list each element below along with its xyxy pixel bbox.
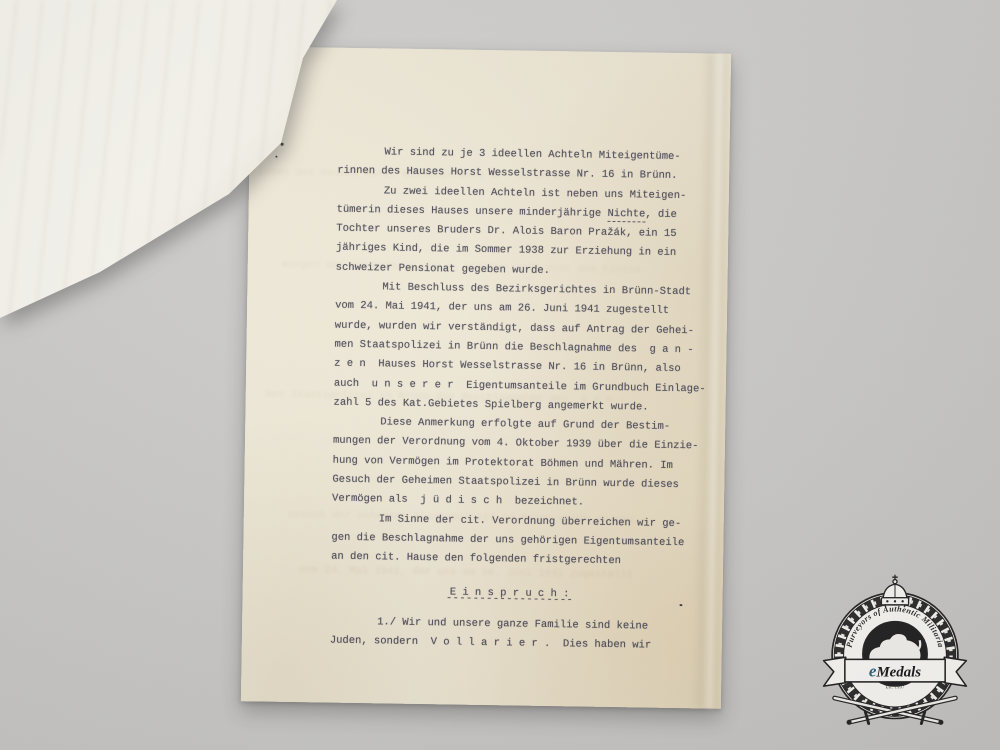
folded-sheet-showthrough <box>0 0 360 335</box>
photograph-of-document: rinnen des Hauses Horst Wesselstrasse Nr… <box>0 0 1000 750</box>
brand-banner: eMedals <box>824 657 967 686</box>
folded-back-sheet <box>0 0 360 335</box>
emedals-watermark-logo: Purveyors of Authentic Militaria <box>810 572 980 734</box>
established-text: Est. 1997 <box>886 685 905 690</box>
brand-wordmark: eMedals <box>869 661 921 680</box>
paper-speck <box>679 604 682 606</box>
underlined-word: Nichte <box>607 208 645 223</box>
